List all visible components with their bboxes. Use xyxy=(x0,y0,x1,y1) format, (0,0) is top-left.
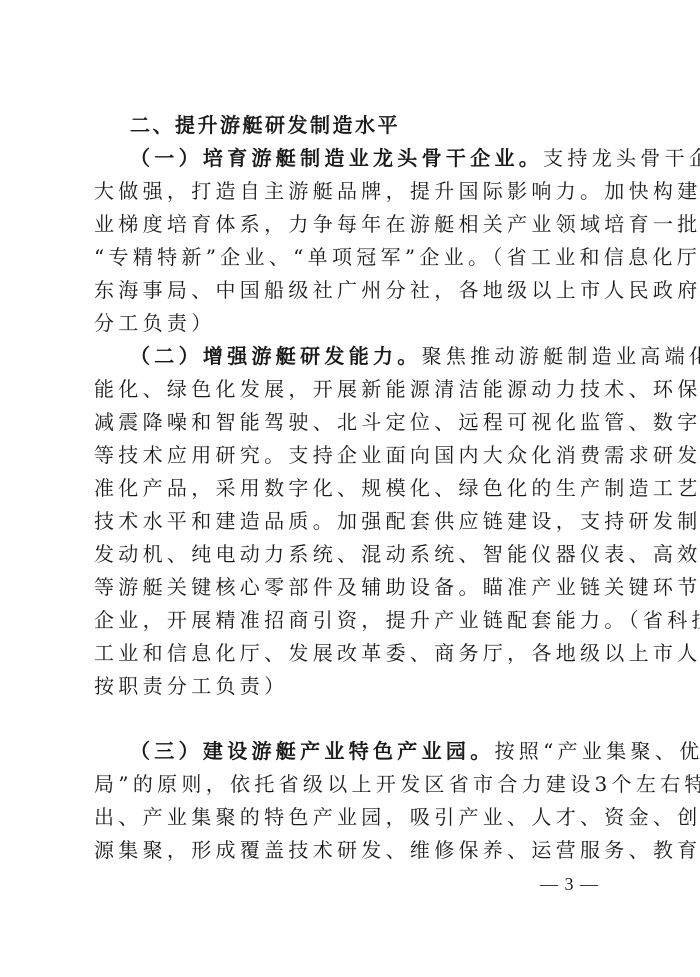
paragraph-1-line: 分工负责） xyxy=(94,307,614,339)
paragraph-2-first-line: （二）增强游艇研发能力。聚焦推动游艇制造业高端化、智 xyxy=(130,340,610,372)
paragraph-2-line: 等技术应用研究。支持企业面向国内大众化消费需求研发系列标 xyxy=(94,439,614,471)
paragraph-1-first-line-rest: 支持龙头骨干企业做 xyxy=(543,146,700,170)
section-heading: 二、提升游艇研发制造水平 xyxy=(130,109,650,141)
paragraph-3-line: 源集聚，形成覆盖技术研发、维修保养、运营服务、教育培训等 xyxy=(94,834,614,866)
paragraph-2-line: 工业和信息化厅、发展改革委、商务厅，各地级以上市人民政府 xyxy=(94,637,614,669)
paragraph-3-line: 出、产业集聚的特色产业园，吸引产业、人才、资金、创新等资 xyxy=(94,801,614,833)
paragraph-3-lead: （三）建设游艇产业特色产业园。 xyxy=(130,739,495,763)
paragraph-2-first-line-rest: 聚焦推动游艇制造业高端化、智 xyxy=(422,344,700,368)
paragraph-2-line: 等游艇关键核心零部件及辅助设备。瞄准产业链关键环节和领军 xyxy=(94,571,614,603)
paragraph-1-lead: （一）培育游艇制造业龙头骨干企业。 xyxy=(130,146,543,170)
paragraph-2-line: 发动机、纯电动力系统、混动系统、智能仪器仪表、高效推进器 xyxy=(94,538,614,570)
paragraph-2-line: 准化产品，采用数字化、规模化、绿色化的生产制造工艺，提升 xyxy=(94,472,614,504)
paragraph-1-line: 东海事局、中国船级社广州分社，各地级以上市人民政府按职责 xyxy=(94,274,614,306)
page-number: — 3 — xyxy=(540,874,599,895)
paragraph-1-line: 业梯度培育体系，力争每年在游艇相关产业领域培育一批省级 xyxy=(94,208,614,240)
paragraph-3-first-line-rest: 按照“产业集聚、优化布 xyxy=(495,739,700,763)
paragraph-2-line: 能化、绿色化发展，开展新能源清洁能源动力技术、环保材料、 xyxy=(94,373,614,405)
paragraph-2-line: 按职责分工负责） xyxy=(94,670,614,702)
paragraph-3-first-line: （三）建设游艇产业特色产业园。按照“产业集聚、优化布 xyxy=(130,735,610,767)
paragraph-2-line: 技术水平和建造品质。加强配套供应链建设，支持研发制造船用 xyxy=(94,505,614,537)
document-page: 二、提升游艇研发制造水平 （一）培育游艇制造业龙头骨干企业。支持龙头骨干企业做 … xyxy=(0,0,700,977)
paragraph-2-lead: （二）增强游艇研发能力。 xyxy=(130,344,422,368)
paragraph-1-line: 大做强，打造自主游艇品牌，提升国际影响力。加快构建中小企 xyxy=(94,175,614,207)
paragraph-3-line: 局”的原则，依托省级以上开发区省市合力建设3个左右特色突 xyxy=(94,768,614,800)
paragraph-2-line: 企业，开展精准招商引资，提升产业链配套能力。（省科技厅、 xyxy=(94,604,614,636)
paragraph-1-line: “专精特新”企业、“单项冠军”企业。（省工业和信息化厅，广 xyxy=(94,241,614,273)
paragraph-1-first-line: （一）培育游艇制造业龙头骨干企业。支持龙头骨干企业做 xyxy=(130,142,610,174)
paragraph-2-line: 减震降噪和智能驾驶、北斗定位、远程可视化监管、数字化运维 xyxy=(94,406,614,438)
